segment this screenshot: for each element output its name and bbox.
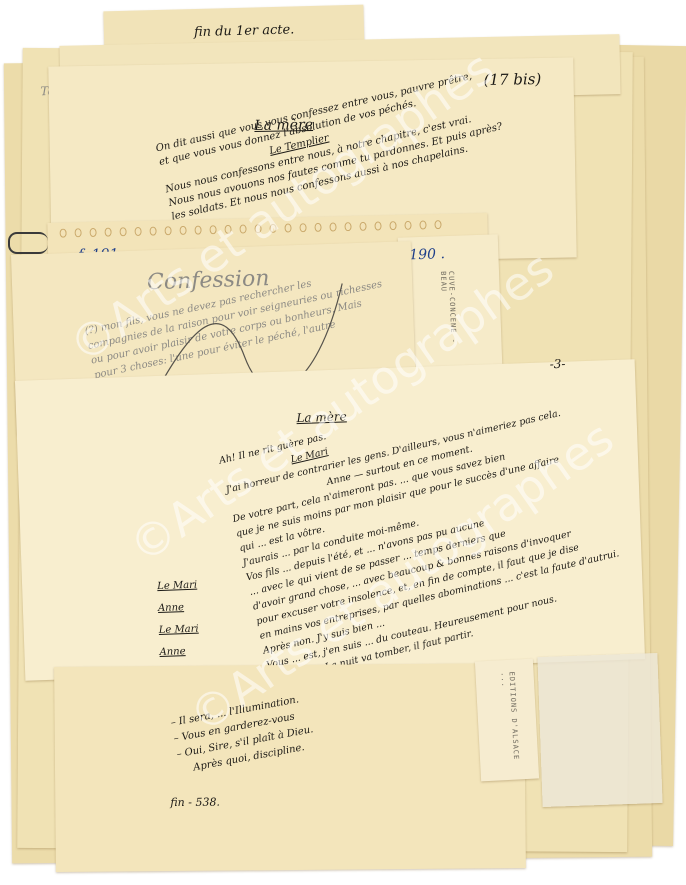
binder-ring	[8, 232, 48, 254]
lower-sheet: – Il sera, ... l'Illumination. – Vous en…	[54, 663, 526, 872]
speaker-label: Le Mari	[158, 619, 199, 642]
main-title: La mère	[296, 409, 347, 425]
folio-538: fin - 538.	[170, 796, 220, 809]
main-sheet: -3- La mère Ah! Il ne rit guère pas. Le …	[15, 359, 645, 680]
main-lines: Ah! Il ne rit guère pas. Le Mari J'ai ho…	[218, 371, 631, 688]
speaker-label: Anne	[159, 641, 200, 664]
sheet-17bis-lines: On dit aussi que vous vous confessez ent…	[155, 66, 507, 225]
tab-label: fin du 1er acte.	[194, 22, 295, 40]
speaker-label: Le Mari	[157, 575, 198, 598]
page-number-3: -3-	[549, 357, 565, 372]
perforation-holes	[60, 220, 442, 238]
right-slip: EDITIONS D'ALSACE ...	[475, 659, 539, 782]
speaker-label: Anne	[158, 597, 199, 620]
tissue-sheet	[537, 653, 662, 807]
printed-edge-text: EDITIONS D'ALSACE ...	[499, 671, 521, 780]
lower-lines: – Il sera, ... l'Illumination. – Vous en…	[170, 691, 318, 779]
printed-edge-text: CUVE-CONCENE - BEAU	[439, 271, 458, 367]
